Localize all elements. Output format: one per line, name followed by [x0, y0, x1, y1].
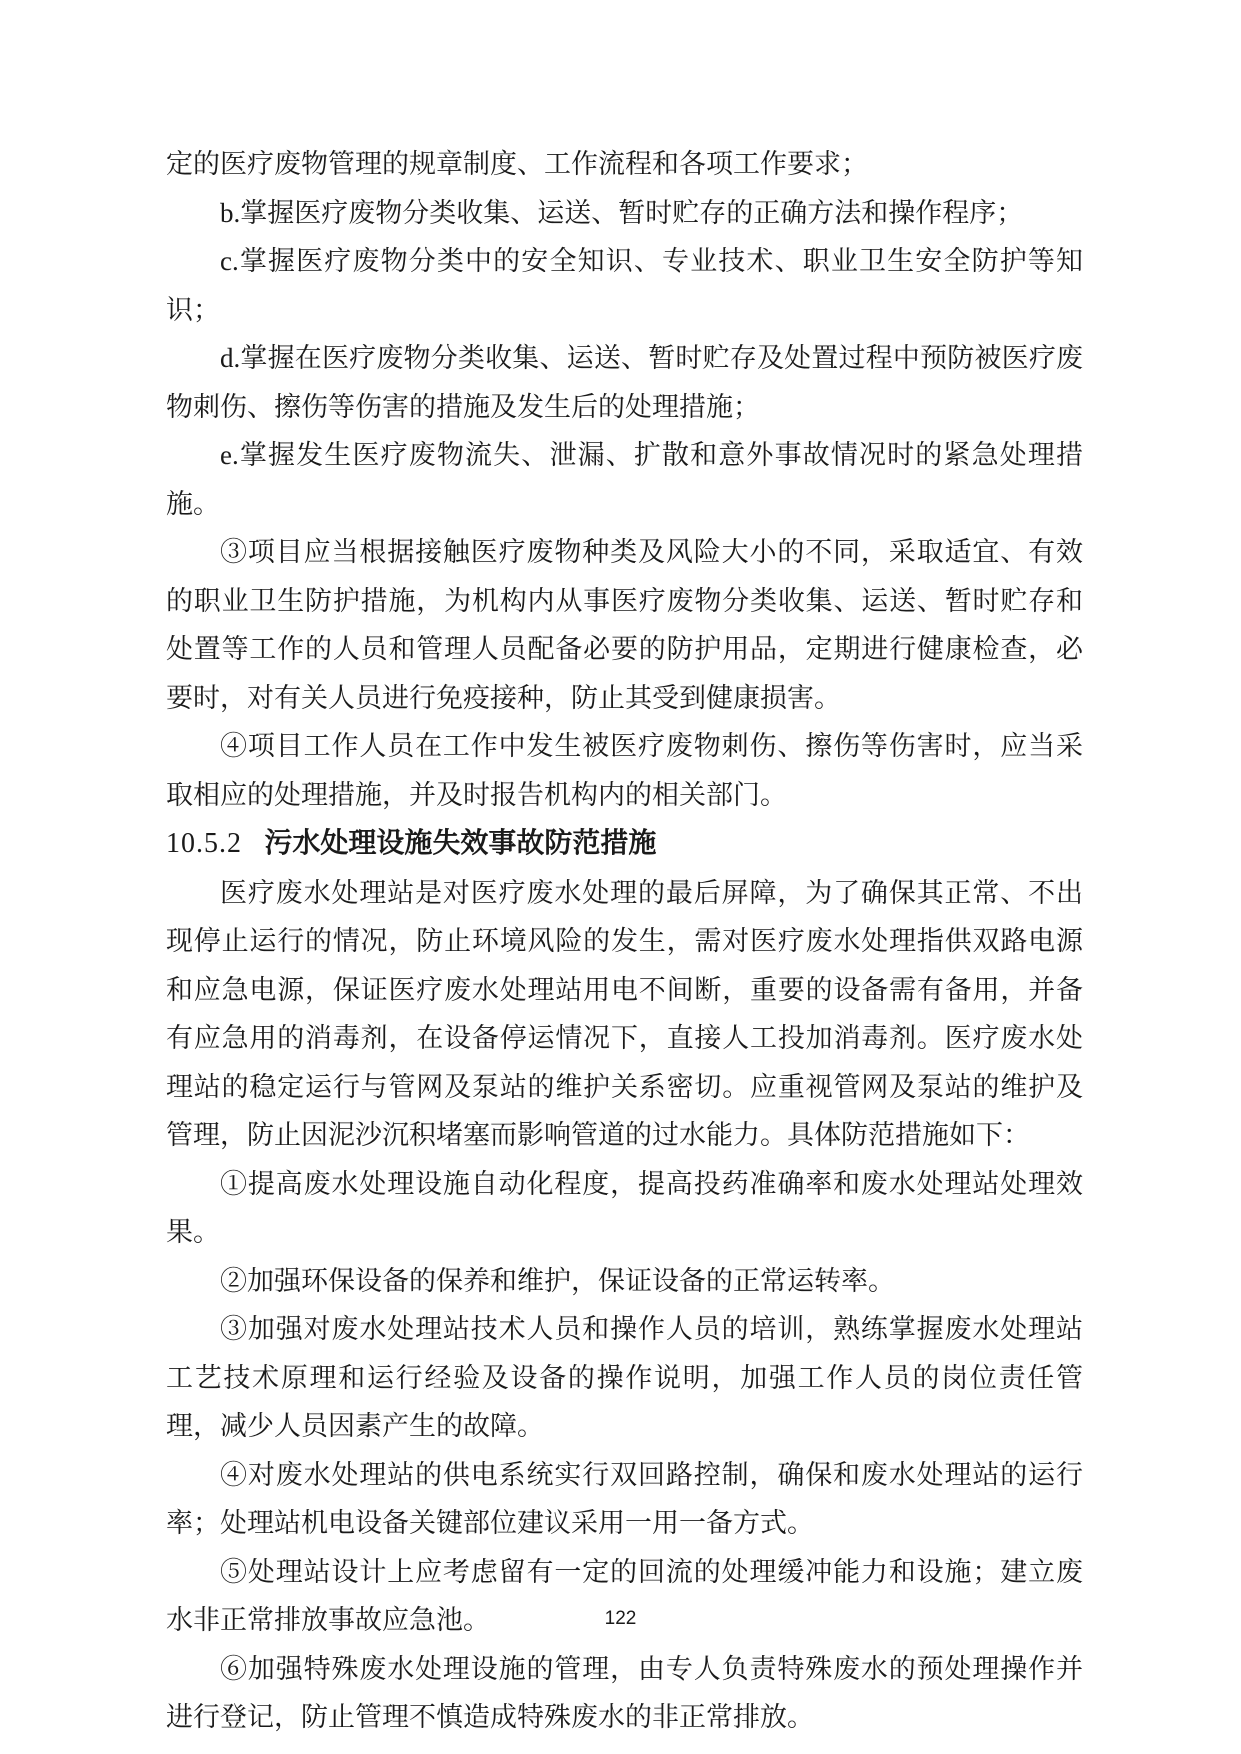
- paragraph: c.掌握医疗废物分类中的安全知识、专业技术、职业卫生安全防护等知识；: [166, 237, 1083, 334]
- page-footer: 122: [0, 1608, 1241, 1630]
- paragraph: ③项目应当根据接触医疗废物种类及风险大小的不同，采取适宜、有效的职业卫生防护措施…: [166, 528, 1083, 722]
- section-heading: 10.5.2污水处理设施失效事故防范措施: [166, 819, 1083, 869]
- section-number: 10.5.2: [166, 828, 242, 859]
- paragraph: ①提高废水处理设施自动化程度，提高投药准确率和废水处理站处理效果。: [166, 1160, 1083, 1257]
- paragraph: ④项目工作人员在工作中发生被医疗废物刺伤、擦伤等伤害时，应当采取相应的处理措施，…: [166, 722, 1083, 819]
- paragraph: ③加强对废水处理站技术人员和操作人员的培训，熟练掌握废水处理站工艺技术原理和运行…: [166, 1305, 1083, 1451]
- paragraph: 医疗废水处理站是对医疗废水处理的最后屏障，为了确保其正常、不出现停止运行的情况，…: [166, 869, 1083, 1160]
- paragraph: ④对废水处理站的供电系统实行双回路控制，确保和废水处理站的运行率；处理站机电设备…: [166, 1451, 1083, 1548]
- paragraph: ②加强环保设备的保养和维护，保证设备的正常运转率。: [166, 1257, 1083, 1306]
- paragraph: d.掌握在医疗废物分类收集、运送、暂时贮存及处置过程中预防被医疗废物刺伤、擦伤等…: [166, 334, 1083, 431]
- paragraph: ⑥加强特殊废水处理设施的管理，由专人负责特殊废水的预处理操作并进行登记，防止管理…: [166, 1645, 1083, 1742]
- paragraph: b.掌握医疗废物分类收集、运送、暂时贮存的正确方法和操作程序；: [166, 189, 1083, 238]
- document-page: 定的医疗废物管理的规章制度、工作流程和各项工作要求；b.掌握医疗废物分类收集、运…: [0, 0, 1241, 1754]
- paragraph: e.掌握发生医疗废物流失、泄漏、扩散和意外事故情况时的紧急处理措施。: [166, 431, 1083, 528]
- section-title: 污水处理设施失效事故防范措施: [264, 827, 656, 858]
- document-body: 定的医疗废物管理的规章制度、工作流程和各项工作要求；b.掌握医疗废物分类收集、运…: [166, 140, 1083, 1742]
- paragraph: 定的医疗废物管理的规章制度、工作流程和各项工作要求；: [166, 140, 1083, 189]
- page-number: 122: [605, 1608, 637, 1629]
